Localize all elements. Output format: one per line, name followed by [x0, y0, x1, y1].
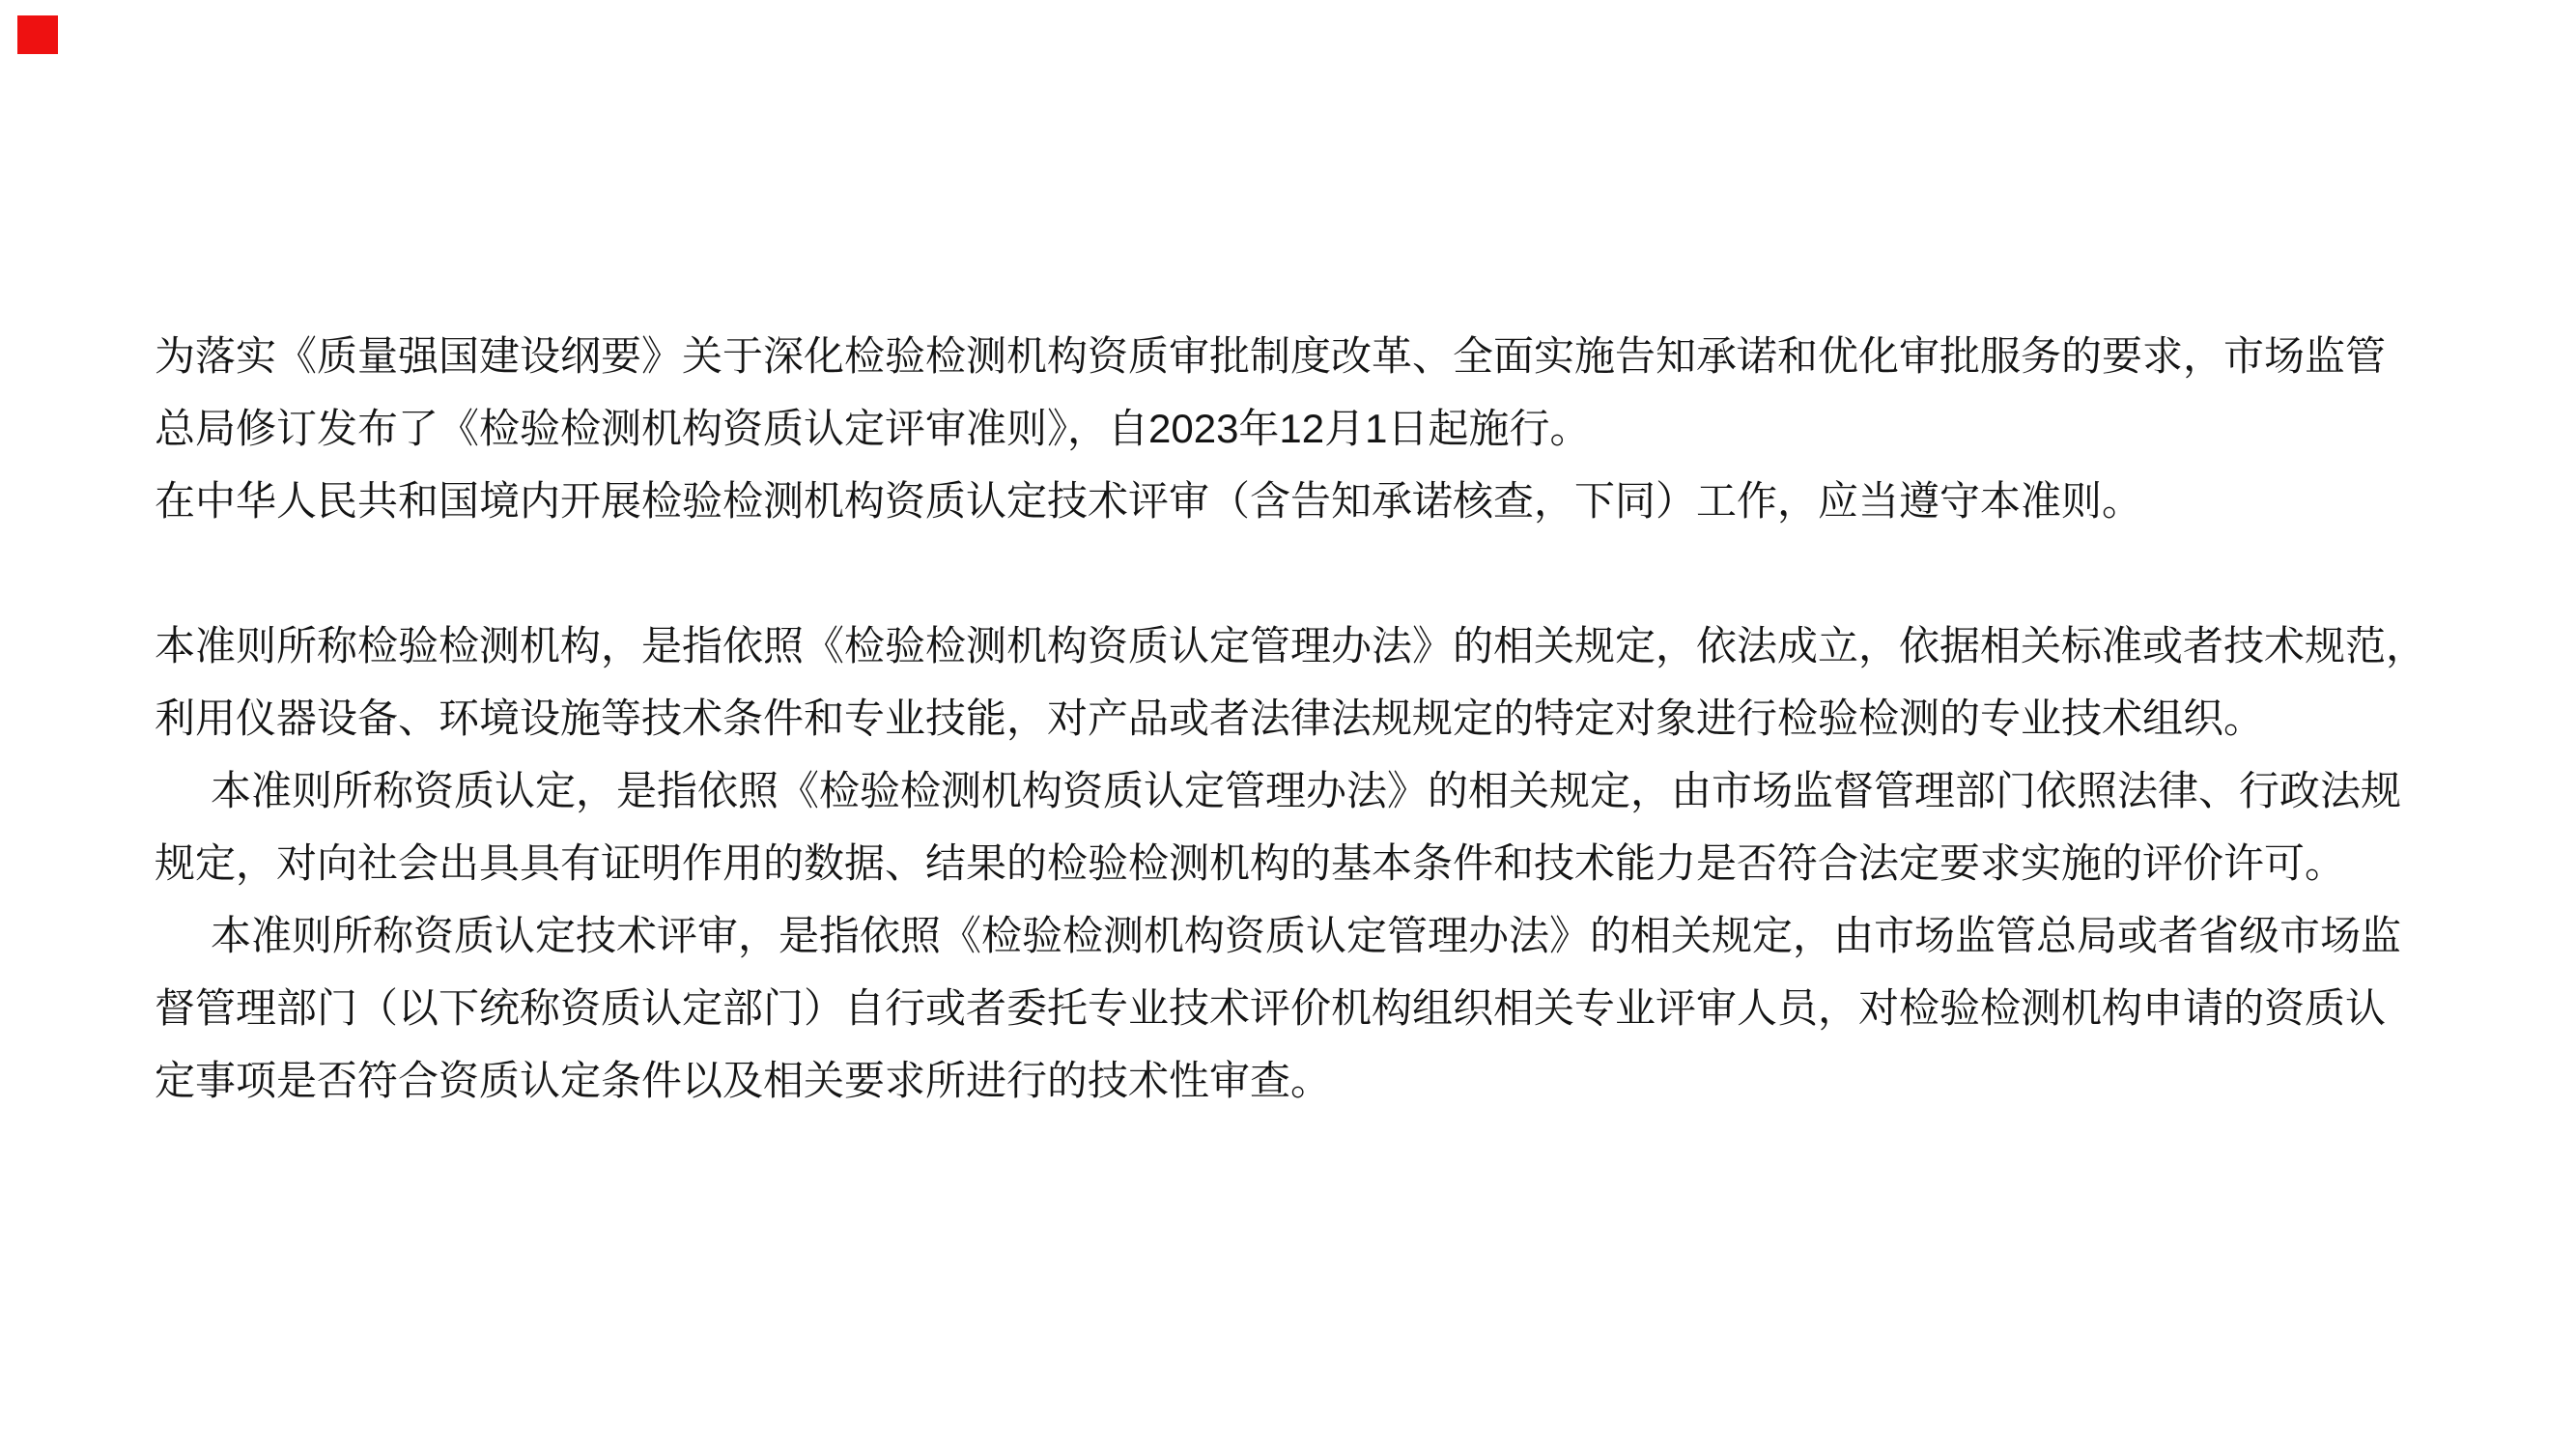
text-line: 本准则所称资质认定，是指依照《检验检测机构资质认定管理办法》的相关规定，由市场监…: [155, 754, 2460, 827]
text-line: 定事项是否符合资质认定条件以及相关要求所进行的技术性审查。: [155, 1044, 2460, 1117]
text-line: 本准则所称资质认定技术评审，是指依照《检验检测机构资质认定管理办法》的相关规定，…: [155, 899, 2460, 972]
blank-line: [155, 537, 2460, 610]
document-page: 为落实《质量强国建设纲要》关于深化检验检测机构资质审批制度改革、全面实施告知承诺…: [0, 0, 2576, 1449]
text-line: 利用仪器设备、环境设施等技术条件和专业技能，对产品或者法律法规规定的特定对象进行…: [155, 682, 2460, 754]
text-line: 为落实《质量强国建设纲要》关于深化检验检测机构资质审批制度改革、全面实施告知承诺…: [155, 320, 2460, 392]
text-line: 督管理部门（以下统称资质认定部门）自行或者委托专业技术评价机构组织相关专业评审人…: [155, 972, 2460, 1044]
text-line: 本准则所称检验检测机构，是指依照《检验检测机构资质认定管理办法》的相关规定，依法…: [155, 610, 2460, 682]
document-text-block: 为落实《质量强国建设纲要》关于深化检验检测机构资质审批制度改革、全面实施告知承诺…: [155, 320, 2460, 1117]
text-line: 总局修订发布了《检验检测机构资质认定评审准则》，自2023年12月1日起施行。: [155, 392, 2460, 465]
text-line: 规定，对向社会出具具有证明作用的数据、结果的检验检测机构的基本条件和技术能力是否…: [155, 827, 2460, 899]
red-square-marker: [17, 15, 58, 54]
text-line: 在中华人民共和国境内开展检验检测机构资质认定技术评审（含告知承诺核查，下同）工作…: [155, 465, 2460, 537]
